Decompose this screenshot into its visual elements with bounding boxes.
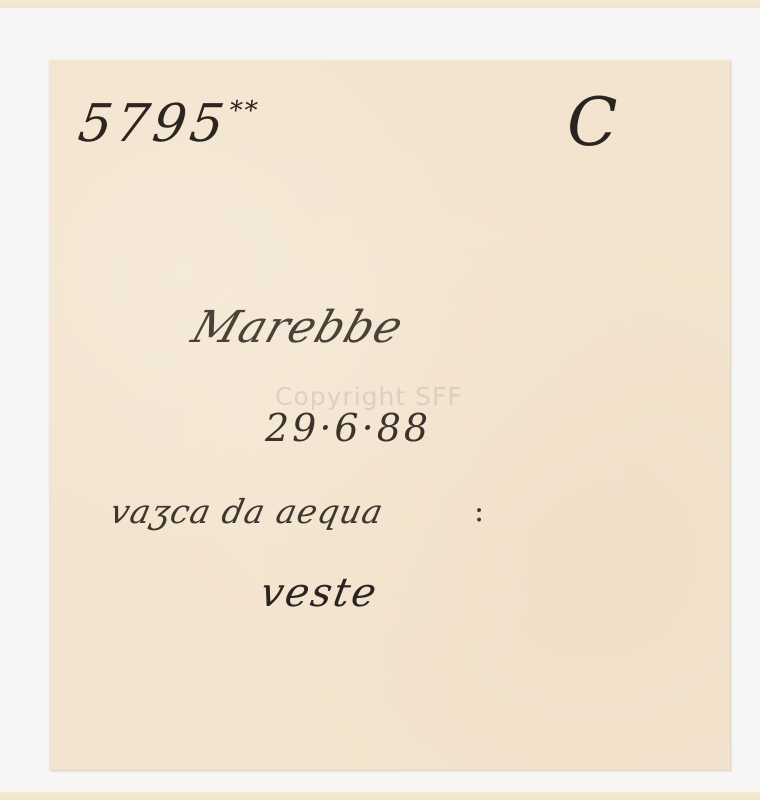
bottom-edge-strip xyxy=(0,792,760,800)
catalog-marks: ** xyxy=(227,96,261,126)
catalog-number: 5795** xyxy=(75,94,262,154)
top-edge-strip xyxy=(0,0,760,8)
category-letter: C xyxy=(567,84,620,161)
description-text: vaʒca da aequa xyxy=(107,492,387,531)
catalog-number-value: 5795 xyxy=(75,94,232,154)
collection-date: 29·6·88 xyxy=(265,406,431,450)
description-colon: : xyxy=(474,494,486,529)
specimen-label-card: 5795** C Marebbe Copyright SFF 29·6·88 v… xyxy=(49,60,730,770)
determination-text: veste xyxy=(257,570,382,616)
locality-text: Marebbe xyxy=(186,302,410,353)
